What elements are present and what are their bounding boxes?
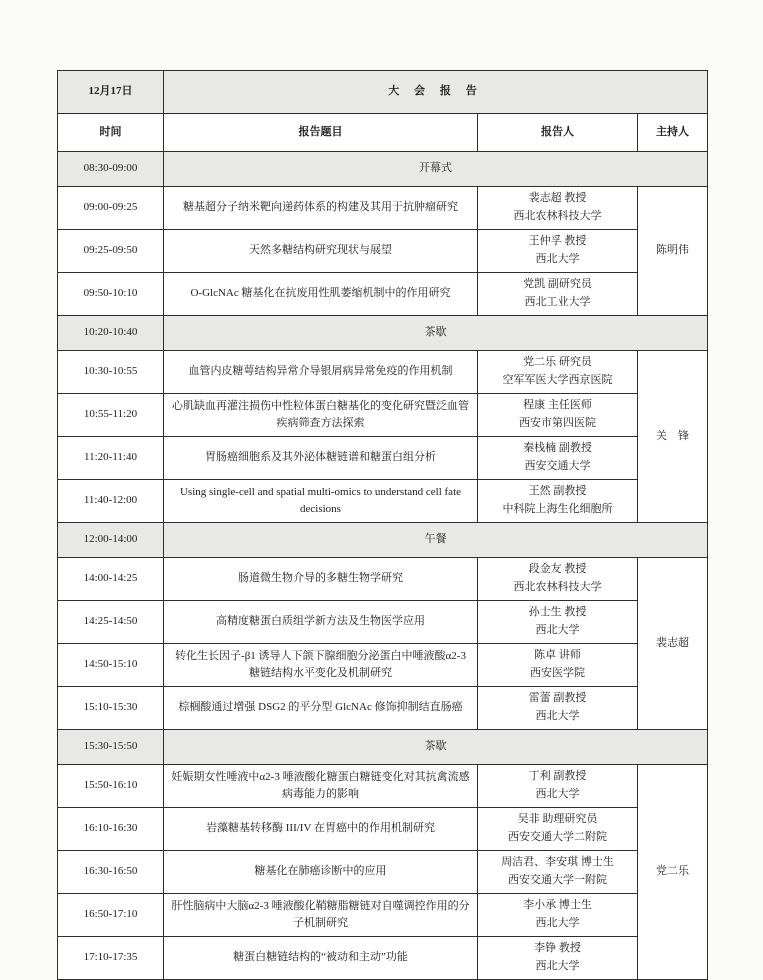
time-cell: 14:00-14:25 — [58, 558, 164, 601]
speaker-cell: 雷蕾 副教授 西北大学 — [478, 687, 638, 730]
talk-row: 11:40-12:00 Using single-cell and spatia… — [58, 480, 708, 523]
time-cell: 16:30-16:50 — [58, 851, 164, 894]
time-cell: 15:30-15:50 — [58, 730, 164, 765]
session-row-opening: 08:30-09:00 开幕式 — [58, 152, 708, 187]
speaker-affiliation: 西安交通大学一附院 — [484, 872, 631, 890]
talk-row: 11:20-11:40 胃肠癌细胞系及其外泌体糖链谱和糖蛋白组分析 秦栈楠 副教… — [58, 437, 708, 480]
speaker-affiliation: 西安交通大学 — [484, 458, 631, 476]
speaker-name: 孙士生 教授 — [484, 604, 631, 622]
speaker-cell: 吴非 助理研究员 西安交通大学二附院 — [478, 808, 638, 851]
speaker-name: 裴志超 教授 — [484, 190, 631, 208]
speaker-name: 程康 主任医师 — [484, 397, 631, 415]
speaker-affiliation: 西安市第四医院 — [484, 415, 631, 433]
speaker-cell: 丁利 副教授 西北大学 — [478, 765, 638, 808]
conference-program-table: 12月17日 大 会 报 告 时间 报告题目 报告人 主持人 08:30-09:… — [57, 70, 708, 980]
time-cell: 09:50-10:10 — [58, 273, 164, 316]
session-label: 茶歇 — [164, 316, 708, 351]
speaker-name: 李小承 博士生 — [484, 897, 631, 915]
speaker-name: 党凯 副研究员 — [484, 276, 631, 294]
time-cell: 08:30-09:00 — [58, 152, 164, 187]
talk-row: 16:10-16:30 岩藻糖基转移酶 III/IV 在胃癌中的作用机制研究 吴… — [58, 808, 708, 851]
col-header-title: 报告题目 — [164, 114, 478, 152]
speaker-affiliation: 西北农林科技大学 — [484, 208, 631, 226]
speaker-cell: 裴志超 教授 西北农林科技大学 — [478, 187, 638, 230]
talk-title: 糖基超分子纳米靶向递药体系的构建及其用于抗肿瘤研究 — [164, 187, 478, 230]
talk-title: 肠道微生物介导的多糖生物学研究 — [164, 558, 478, 601]
time-cell: 09:25-09:50 — [58, 230, 164, 273]
time-cell: 10:20-10:40 — [58, 316, 164, 351]
talk-row: 14:00-14:25 肠道微生物介导的多糖生物学研究 段金友 教授 西北农林科… — [58, 558, 708, 601]
speaker-name: 李铮 教授 — [484, 940, 631, 958]
col-header-speaker: 报告人 — [478, 114, 638, 152]
speaker-cell: 李小承 博士生 西北大学 — [478, 894, 638, 937]
time-cell: 11:20-11:40 — [58, 437, 164, 480]
speaker-affiliation: 空军军医大学西京医院 — [484, 372, 631, 390]
talk-title: 糖蛋白糖链结构的“被动和主动”功能 — [164, 937, 478, 980]
time-cell: 10:30-10:55 — [58, 351, 164, 394]
talk-title: 肝性脑病中大脑α2-3 唾液酸化鞘糖脂糖链对自噬调控作用的分子机制研究 — [164, 894, 478, 937]
speaker-affiliation: 西安医学院 — [484, 665, 631, 683]
talk-row: 15:10-15:30 棕榈酸通过增强 DSG2 的平分型 GlcNAc 修饰抑… — [58, 687, 708, 730]
program-page: { "header": { "date": "12月17日", "banner"… — [0, 0, 763, 936]
time-cell: 14:25-14:50 — [58, 601, 164, 644]
time-cell: 09:00-09:25 — [58, 187, 164, 230]
talk-row: 09:50-10:10 O-GlcNAc 糖基化在抗废用性肌萎缩机制中的作用研究… — [58, 273, 708, 316]
session-row-tea-break: 15:30-15:50 茶歇 — [58, 730, 708, 765]
talk-row: 17:10-17:35 糖蛋白糖链结构的“被动和主动”功能 李铮 教授 西北大学 — [58, 937, 708, 980]
speaker-cell: 段金友 教授 西北农林科技大学 — [478, 558, 638, 601]
talk-title: 妊娠期女性唾液中α2-3 唾液酸化糖蛋白糖链变化对其抗禽流感病毒能力的影响 — [164, 765, 478, 808]
talk-row: 16:50-17:10 肝性脑病中大脑α2-3 唾液酸化鞘糖脂糖链对自噬调控作用… — [58, 894, 708, 937]
speaker-affiliation: 西安交通大学二附院 — [484, 829, 631, 847]
chair-cell: 裴志超 — [638, 558, 708, 730]
col-header-chair: 主持人 — [638, 114, 708, 152]
talk-title: 心肌缺血再灌注损伤中性粒体蛋白糖基化的变化研究暨泛血管疾病筛查方法探索 — [164, 394, 478, 437]
talk-title: 转化生长因子-β1 诱导人下颌下腺细胞分泌蛋白中唾液酸α2-3 糖链结构水平变化… — [164, 644, 478, 687]
talk-row: 10:55-11:20 心肌缺血再灌注损伤中性粒体蛋白糖基化的变化研究暨泛血管疾… — [58, 394, 708, 437]
speaker-cell: 李铮 教授 西北大学 — [478, 937, 638, 980]
session-label: 茶歇 — [164, 730, 708, 765]
banner-row: 12月17日 大 会 报 告 — [58, 71, 708, 114]
time-cell: 15:50-16:10 — [58, 765, 164, 808]
speaker-cell: 周洁君、李安琪 博士生 西安交通大学一附院 — [478, 851, 638, 894]
session-row-tea-break: 10:20-10:40 茶歇 — [58, 316, 708, 351]
speaker-affiliation: 西北大学 — [484, 958, 631, 976]
banner-title: 大 会 报 告 — [164, 71, 708, 114]
talk-title: O-GlcNAc 糖基化在抗废用性肌萎缩机制中的作用研究 — [164, 273, 478, 316]
talk-row: 09:00-09:25 糖基超分子纳米靶向递药体系的构建及其用于抗肿瘤研究 裴志… — [58, 187, 708, 230]
session-label: 开幕式 — [164, 152, 708, 187]
time-cell: 12:00-14:00 — [58, 523, 164, 558]
chair-cell: 党二乐 — [638, 765, 708, 980]
talk-row: 09:25-09:50 天然多糖结构研究现状与展望 王仲孚 教授 西北大学 — [58, 230, 708, 273]
column-header-row: 时间 报告题目 报告人 主持人 — [58, 114, 708, 152]
speaker-cell: 王仲孚 教授 西北大学 — [478, 230, 638, 273]
time-cell: 14:50-15:10 — [58, 644, 164, 687]
talk-row: 16:30-16:50 糖基化在肺癌诊断中的应用 周洁君、李安琪 博士生 西安交… — [58, 851, 708, 894]
speaker-affiliation: 西北大学 — [484, 708, 631, 726]
session-label: 午餐 — [164, 523, 708, 558]
speaker-affiliation: 西北大学 — [484, 622, 631, 640]
talk-row: 14:25-14:50 高精度糖蛋白质组学新方法及生物医学应用 孙士生 教授 西… — [58, 601, 708, 644]
talk-row: 15:50-16:10 妊娠期女性唾液中α2-3 唾液酸化糖蛋白糖链变化对其抗禽… — [58, 765, 708, 808]
talk-title: 天然多糖结构研究现状与展望 — [164, 230, 478, 273]
speaker-affiliation: 西北工业大学 — [484, 294, 631, 312]
speaker-name: 周洁君、李安琪 博士生 — [484, 854, 631, 872]
speaker-cell: 党二乐 研究员 空军军医大学西京医院 — [478, 351, 638, 394]
talk-title: 糖基化在肺癌诊断中的应用 — [164, 851, 478, 894]
program-sheet: 12月17日 大 会 报 告 时间 报告题目 报告人 主持人 08:30-09:… — [57, 70, 707, 980]
speaker-name: 秦栈楠 副教授 — [484, 440, 631, 458]
speaker-name: 雷蕾 副教授 — [484, 690, 631, 708]
speaker-affiliation: 西北大学 — [484, 915, 631, 933]
speaker-affiliation: 西北农林科技大学 — [484, 579, 631, 597]
speaker-name: 吴非 助理研究员 — [484, 811, 631, 829]
time-cell: 16:50-17:10 — [58, 894, 164, 937]
speaker-cell: 程康 主任医师 西安市第四医院 — [478, 394, 638, 437]
talk-title: 高精度糖蛋白质组学新方法及生物医学应用 — [164, 601, 478, 644]
time-cell: 16:10-16:30 — [58, 808, 164, 851]
talk-row: 14:50-15:10 转化生长因子-β1 诱导人下颌下腺细胞分泌蛋白中唾液酸α… — [58, 644, 708, 687]
talk-title: 岩藻糖基转移酶 III/IV 在胃癌中的作用机制研究 — [164, 808, 478, 851]
speaker-cell: 孙士生 教授 西北大学 — [478, 601, 638, 644]
speaker-name: 王仲孚 教授 — [484, 233, 631, 251]
col-header-time: 时间 — [58, 114, 164, 152]
session-row-lunch: 12:00-14:00 午餐 — [58, 523, 708, 558]
speaker-affiliation: 西北大学 — [484, 251, 631, 269]
speaker-cell: 党凯 副研究员 西北工业大学 — [478, 273, 638, 316]
time-cell: 10:55-11:20 — [58, 394, 164, 437]
time-cell: 17:10-17:35 — [58, 937, 164, 980]
time-cell: 15:10-15:30 — [58, 687, 164, 730]
speaker-name: 陈卓 讲师 — [484, 647, 631, 665]
speaker-name: 党二乐 研究员 — [484, 354, 631, 372]
chair-cell: 关 锋 — [638, 351, 708, 523]
speaker-name: 段金友 教授 — [484, 561, 631, 579]
talk-title: Using single-cell and spatial multi-omic… — [164, 480, 478, 523]
date-cell: 12月17日 — [58, 71, 164, 114]
speaker-name: 丁利 副教授 — [484, 768, 631, 786]
talk-title: 胃肠癌细胞系及其外泌体糖链谱和糖蛋白组分析 — [164, 437, 478, 480]
chair-cell: 陈明伟 — [638, 187, 708, 316]
speaker-cell: 王然 副教授 中科院上海生化细胞所 — [478, 480, 638, 523]
talk-row: 10:30-10:55 血管内皮糖萼结构异常介导银屑病异常免疫的作用机制 党二乐… — [58, 351, 708, 394]
talk-title: 棕榈酸通过增强 DSG2 的平分型 GlcNAc 修饰抑制结直肠癌 — [164, 687, 478, 730]
time-cell: 11:40-12:00 — [58, 480, 164, 523]
speaker-cell: 陈卓 讲师 西安医学院 — [478, 644, 638, 687]
talk-title: 血管内皮糖萼结构异常介导银屑病异常免疫的作用机制 — [164, 351, 478, 394]
speaker-affiliation: 西北大学 — [484, 786, 631, 804]
speaker-cell: 秦栈楠 副教授 西安交通大学 — [478, 437, 638, 480]
speaker-affiliation: 中科院上海生化细胞所 — [484, 501, 631, 519]
speaker-name: 王然 副教授 — [484, 483, 631, 501]
